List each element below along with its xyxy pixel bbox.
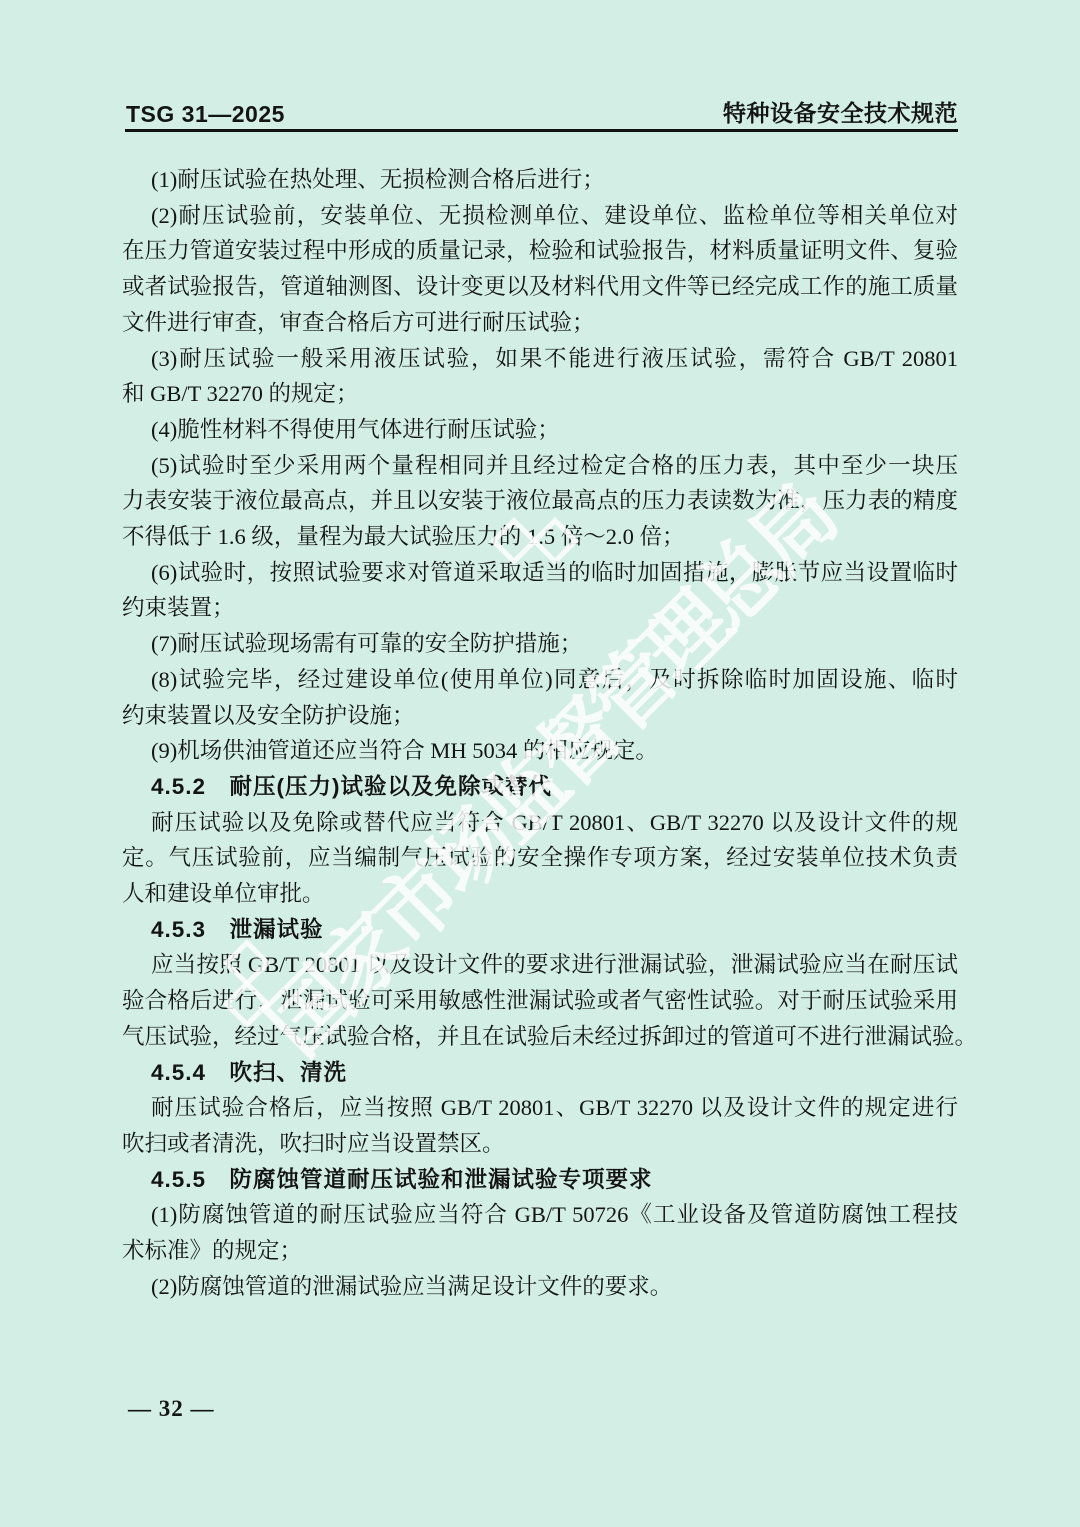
body-line: 耐压试验以及免除或替代应当符合 GB/T 20801、GB/T 32270 以及… — [122, 805, 958, 841]
section-heading: 4.5.5 防腐蚀管道耐压试验和泄漏试验专项要求 — [122, 1162, 958, 1198]
body-line: (7)耐压试验现场需有可靠的安全防护措施； — [122, 626, 958, 662]
body-line: 不得低于 1.6 级，量程为最大试验压力的 1.5 倍～2.0 倍； — [122, 519, 958, 555]
document-body: (1)耐压试验在热处理、无损检测合格后进行； (2)耐压试验前，安装单位、无损检… — [122, 162, 958, 1305]
section-heading: 4.5.4 吹扫、清洗 — [122, 1055, 958, 1091]
body-line: (9)机场供油管道还应当符合 MH 5034 的相应规定。 — [122, 733, 958, 769]
body-line: 约束装置； — [122, 590, 958, 626]
body-line: (2)耐压试验前，安装单位、无损检测单位、建设单位、监检单位等相关单位对 — [122, 198, 958, 234]
body-line: (4)脆性材料不得使用气体进行耐压试验； — [122, 412, 958, 448]
body-line: (2)防腐蚀管道的泄漏试验应当满足设计文件的要求。 — [122, 1269, 958, 1305]
body-line: 验合格后进行，泄漏试验可采用敏感性泄漏试验或者气密性试验。对于耐压试验采用 — [122, 983, 958, 1019]
body-line: (6)试验时，按照试验要求对管道采取适当的临时加固措施，膨胀节应当设置临时 — [122, 555, 958, 591]
document-page: TSG 31—2025 特种设备安全技术规范 (1)耐压试验在热处理、无损检测合… — [0, 0, 1080, 1527]
header-rule — [125, 129, 958, 132]
body-line: 力表安装于液位最高点，并且以安装于液位最高点的压力表读数为准，压力表的精度 — [122, 483, 958, 519]
page-number: — 32 — — [128, 1396, 215, 1422]
body-line: 人和建设单位审批。 — [122, 876, 958, 912]
body-line: (3)耐压试验一般采用液压试验，如果不能进行液压试验，需符合 GB/T 2080… — [122, 341, 958, 377]
header-doc-number: TSG 31—2025 — [126, 101, 285, 128]
body-line: 在压力管道安装过程中形成的质量记录，检验和试验报告，材料质量证明文件、复验 — [122, 233, 958, 269]
body-line: 定。气压试验前，应当编制气压试验的安全操作专项方案，经过安装单位技术负责 — [122, 840, 958, 876]
body-line: 耐压试验合格后，应当按照 GB/T 20801、GB/T 32270 以及设计文… — [122, 1090, 958, 1126]
section-heading: 4.5.2 耐压(压力)试验以及免除或替代 — [122, 769, 958, 805]
body-line: 气压试验，经过气压试验合格，并且在试验后未经过拆卸过的管道可不进行泄漏试验。 — [122, 1019, 958, 1055]
body-line: (5)试验时至少采用两个量程相同并且经过检定合格的压力表，其中至少一块压 — [122, 448, 958, 484]
body-line: 吹扫或者清洗，吹扫时应当设置禁区。 — [122, 1126, 958, 1162]
body-line: 和 GB/T 32270 的规定； — [122, 376, 958, 412]
body-line: 或者试验报告，管道轴测图、设计变更以及材料代用文件等已经完成工作的施工质量 — [122, 269, 958, 305]
body-line: 约束装置以及安全防护设施； — [122, 698, 958, 734]
section-heading: 4.5.3 泄漏试验 — [122, 912, 958, 948]
body-line: (1)耐压试验在热处理、无损检测合格后进行； — [122, 162, 958, 198]
body-line: (8)试验完毕，经过建设单位(使用单位)同意后，及时拆除临时加固设施、临时 — [122, 662, 958, 698]
body-line: 术标准》的规定； — [122, 1233, 958, 1269]
body-line: (1)防腐蚀管道的耐压试验应当符合 GB/T 50726《工业设备及管道防腐蚀工… — [122, 1197, 958, 1233]
page-header: TSG 31—2025 特种设备安全技术规范 — [126, 98, 958, 128]
body-line: 文件进行审查，审查合格后方可进行耐压试验； — [122, 305, 958, 341]
header-doc-title: 特种设备安全技术规范 — [723, 95, 958, 128]
body-line: 应当按照 GB/T 20801 以及设计文件的要求进行泄漏试验，泄漏试验应当在耐… — [122, 947, 958, 983]
